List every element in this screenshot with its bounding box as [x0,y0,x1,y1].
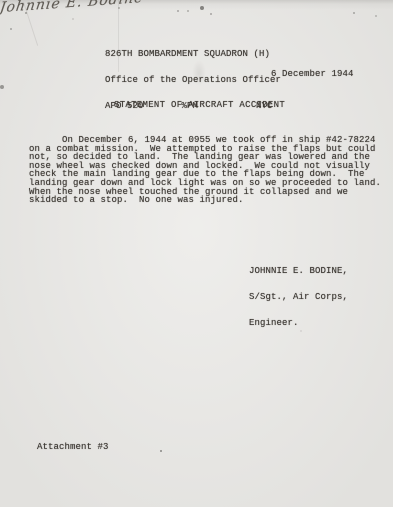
letterhead-unit-line: 826TH BOMBARDMENT SQUADRON (H) [105,50,281,59]
letterhead-office-line: Office of the Operations Officer [105,76,281,85]
signer-rank: S/Sgt., Air Corps, [249,293,348,302]
signer-role: Engineer. [249,319,348,328]
document-date: 6 December 1944 [271,70,354,79]
document-title: STATEMENT OF AIRCRAFT ACCIDENT [114,101,285,110]
attachment-note: Attachment #3 [37,443,109,452]
statement-body: On December 6, 1944 at 0955 we took off … [29,136,379,205]
letterhead: 826TH BOMBARDMENT SQUADRON (H) Office of… [105,33,281,128]
scanned-document-page: 826TH BOMBARDMENT SQUADRON (H) Office of… [0,0,393,507]
handwritten-signature: Johnnie E. Bodine [0,0,393,16]
signer-name: JOHNNIE E. BODINE, [249,267,348,276]
typed-signature-block: JOHNNIE E. BODINE, S/Sgt., Air Corps, En… [249,250,348,345]
